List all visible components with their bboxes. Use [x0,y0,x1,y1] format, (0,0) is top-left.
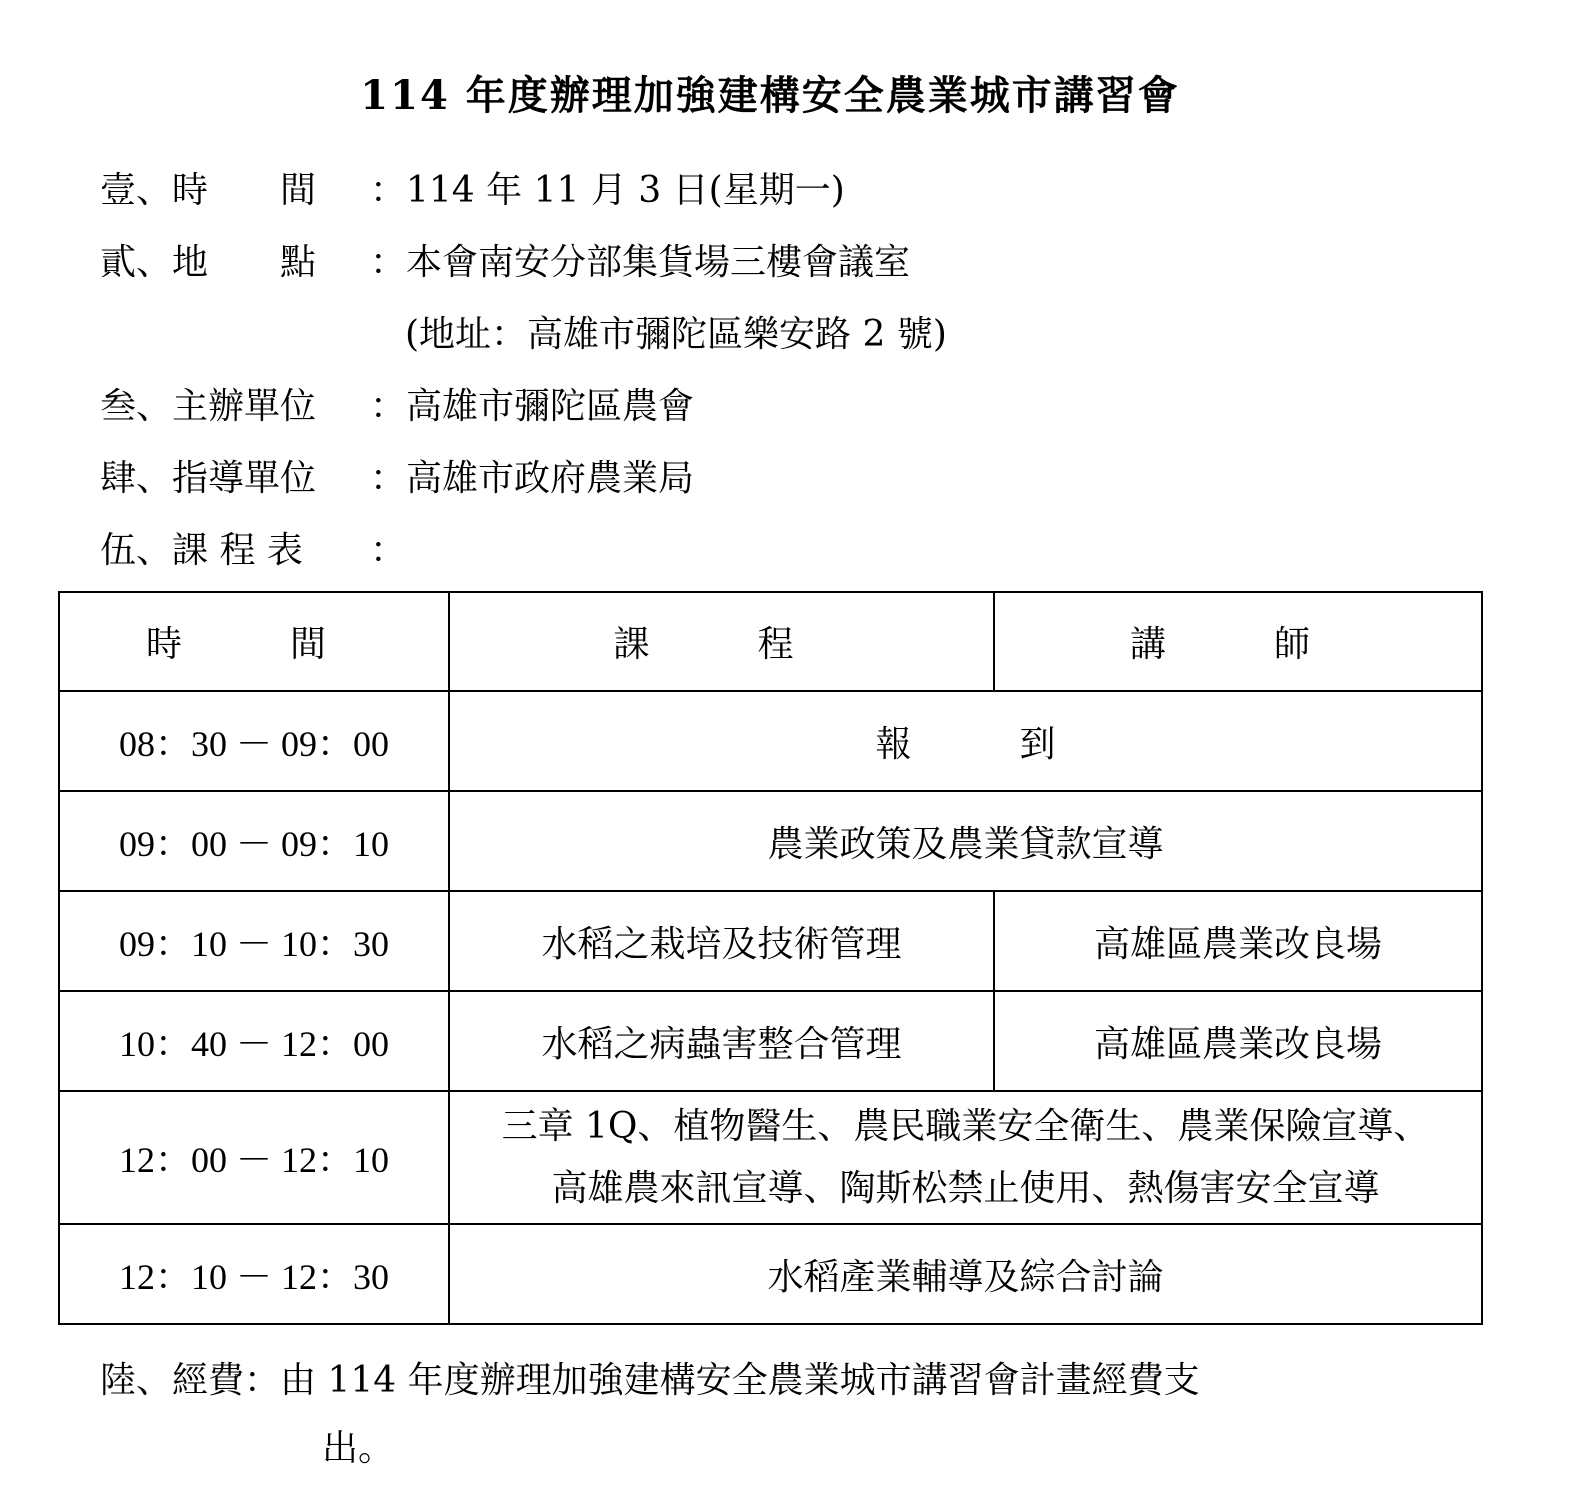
funding-line-2: 出。 [322,1420,394,1471]
row-time: 12：10 － 12：30 [59,1224,449,1324]
row-course-line-2: 高雄農來訊宣導、陶斯松禁止使用、熱傷害安全宣導 [450,1158,1481,1220]
document-title: 114 年度辦理加強建構安全農業城市講習會 [0,64,1540,121]
row-time: 10：40 － 12：00 [59,991,449,1091]
item-time: 壹、時 間：114 年 11 月 3 日(星期一) [100,162,845,213]
row-course: 農業政策及農業貸款宣導 [449,791,1482,891]
item-organizer-label: 叁、主辦單位 [100,378,370,429]
row-course: 水稻之病蟲害整合管理 [449,991,994,1091]
table-row: 09：10 － 10：30 水稻之栽培及技術管理 高雄區農業改良場 [59,891,1482,991]
funding-text: 由 114 年度辦理加強建構安全農業城市講習會計畫經費支 [280,1360,1200,1401]
row-course-line-1: 三章 1Q、植物醫生、農民職業安全衛生、農業保險宣導、 [450,1096,1481,1158]
table-row: 12：10 － 12：30 水稻產業輔導及綜合討論 [59,1224,1482,1324]
item-supervisor-value: 高雄市政府農業局 [406,458,694,499]
item-location-label: 貳、地 點 [100,234,370,285]
item-location: 貳、地 點：本會南安分部集貨場三樓會議室 [100,234,910,285]
item-location-value: 本會南安分部集貨場三樓會議室 [406,242,910,283]
item-time-value: 114 年 11 月 3 日(星期一) [406,170,845,211]
row-time: 09：10 － 10：30 [59,891,449,991]
row-lecturer: 高雄區農業改良場 [994,991,1482,1091]
schedule-header-row: 時 間 課 程 講 師 [59,592,1482,691]
row-lecturer: 高雄區農業改良場 [994,891,1482,991]
item-supervisor: 肆、指導單位：高雄市政府農業局 [100,450,694,501]
row-course: 水稻之栽培及技術管理 [449,891,994,991]
header-lecturer: 講 師 [994,592,1482,691]
funding-line-1: 陸、經費：由 114 年度辦理加強建構安全農業城市講習會計畫經費支 [100,1352,1200,1403]
item-location-address: (地址：高雄市彌陀區樂安路 2 號) [405,306,947,357]
row-time: 09：00 － 09：10 [59,791,449,891]
item-supervisor-label: 肆、指導單位 [100,450,370,501]
table-row: 08：30 － 09：00 報 到 [59,691,1482,791]
funding-label: 陸、經費： [100,1360,280,1401]
row-time: 12：00 － 12：10 [59,1091,449,1224]
row-course: 三章 1Q、植物醫生、農民職業安全衛生、農業保險宣導、 高雄農來訊宣導、陶斯松禁… [449,1091,1482,1224]
header-course: 課 程 [449,592,994,691]
row-course: 水稻產業輔導及綜合討論 [449,1224,1482,1324]
item-organizer-value: 高雄市彌陀區農會 [406,386,694,427]
table-row: 10：40 － 12：00 水稻之病蟲害整合管理 高雄區農業改良場 [59,991,1482,1091]
table-row: 12：00 － 12：10 三章 1Q、植物醫生、農民職業安全衛生、農業保險宣導… [59,1091,1482,1224]
item-schedule: 伍、課 程 表： [100,522,406,573]
row-time: 08：30 － 09：00 [59,691,449,791]
table-row: 09：00 － 09：10 農業政策及農業貸款宣導 [59,791,1482,891]
row-course: 報 到 [449,691,1482,791]
item-time-label: 壹、時 間 [100,162,370,213]
header-time: 時 間 [59,592,449,691]
item-organizer: 叁、主辦單位：高雄市彌陀區農會 [100,378,694,429]
item-schedule-label: 伍、課 程 表 [100,522,370,573]
schedule-table: 時 間 課 程 講 師 08：30 － 09：00 報 到 09：00 － 09… [58,591,1483,1325]
